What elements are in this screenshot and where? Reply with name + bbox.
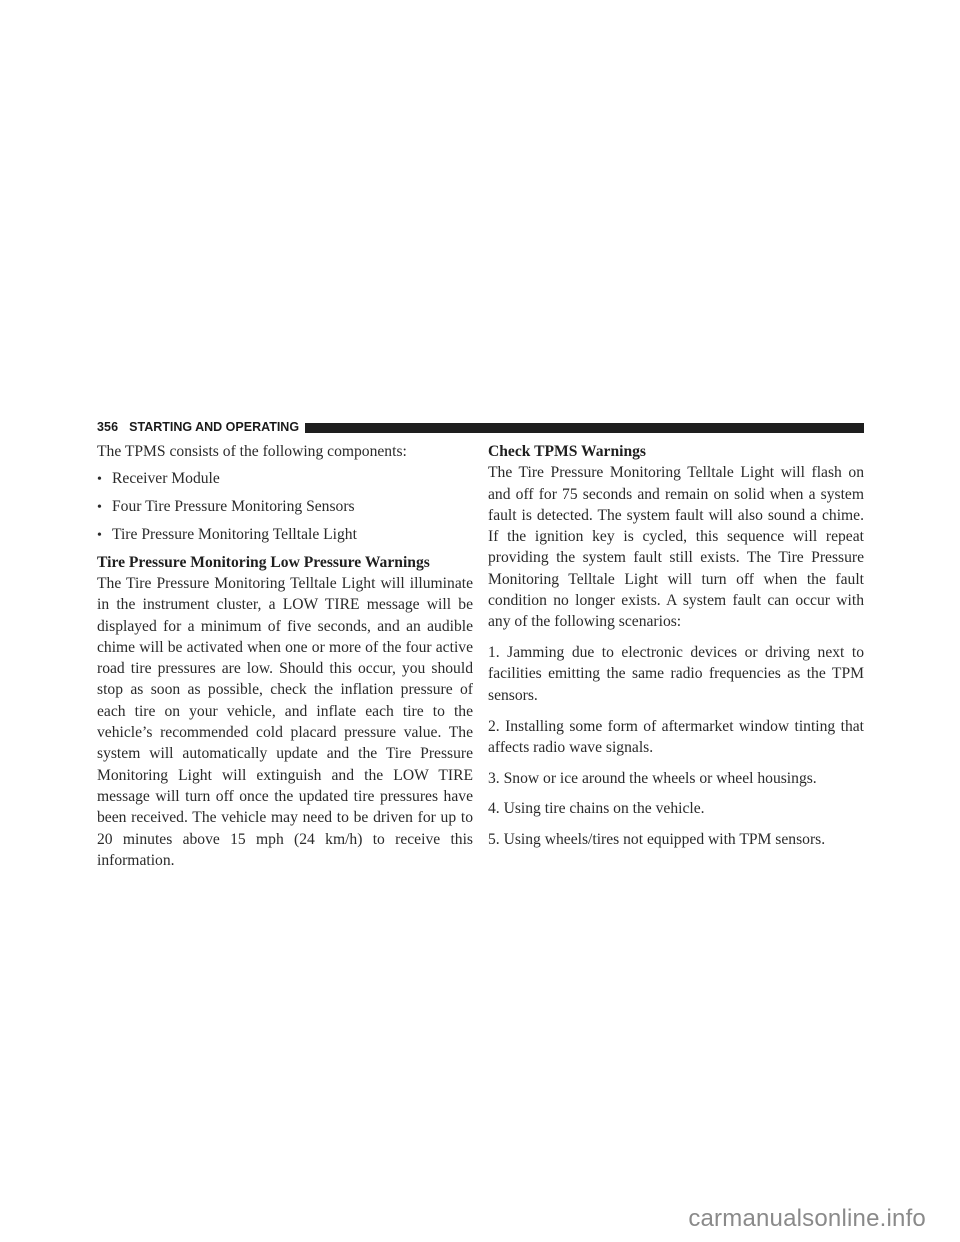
fault-scenarios-list: 1. Jamming due to electronic devices or … — [488, 642, 864, 850]
list-item: 5. Using wheels/tires not equipped with … — [488, 829, 864, 850]
list-item: 3. Snow or ice around the wheels or whee… — [488, 768, 864, 789]
page-number: 356 — [97, 420, 118, 434]
list-item: 1. Jamming due to electronic devices or … — [488, 642, 864, 706]
list-item-text: Four Tire Pressure Monitoring Sensors — [112, 496, 355, 517]
components-list: • Receiver Module • Four Tire Pressure M… — [97, 468, 473, 546]
list-item-text: Receiver Module — [112, 468, 220, 489]
left-column: The TPMS consists of the following compo… — [97, 441, 473, 871]
list-item: • Receiver Module — [97, 468, 473, 490]
site-watermark: carmanualsonline.info — [688, 1205, 926, 1233]
manual-page: 356 STARTING AND OPERATING The TPMS cons… — [0, 0, 960, 1242]
low-pressure-body: The Tire Pressure Monitoring Telltale Li… — [97, 573, 473, 871]
check-warnings-body: The Tire Pressure Monitoring Telltale Li… — [488, 462, 864, 632]
list-item: 2. Installing some form of aftermarket w… — [488, 716, 864, 759]
page-header: 356 STARTING AND OPERATING — [97, 418, 864, 436]
list-item: • Four Tire Pressure Monitoring Sensors — [97, 496, 473, 518]
list-item: • Tire Pressure Monitoring Telltale Ligh… — [97, 524, 473, 546]
bullet-icon: • — [97, 469, 112, 490]
right-column: Check TPMS Warnings The Tire Pressure Mo… — [488, 441, 864, 851]
section-title: STARTING AND OPERATING — [129, 420, 299, 434]
list-item: 4. Using tire chains on the vehicle. — [488, 798, 864, 819]
low-pressure-heading: Tire Pressure Monitoring Low Pressure Wa… — [97, 552, 473, 573]
bullet-icon: • — [97, 497, 112, 518]
header-rule — [305, 423, 864, 433]
list-item-text: Tire Pressure Monitoring Telltale Light — [112, 524, 357, 545]
components-intro: The TPMS consists of the following compo… — [97, 441, 473, 462]
bullet-icon: • — [97, 525, 112, 546]
check-warnings-heading: Check TPMS Warnings — [488, 441, 864, 462]
